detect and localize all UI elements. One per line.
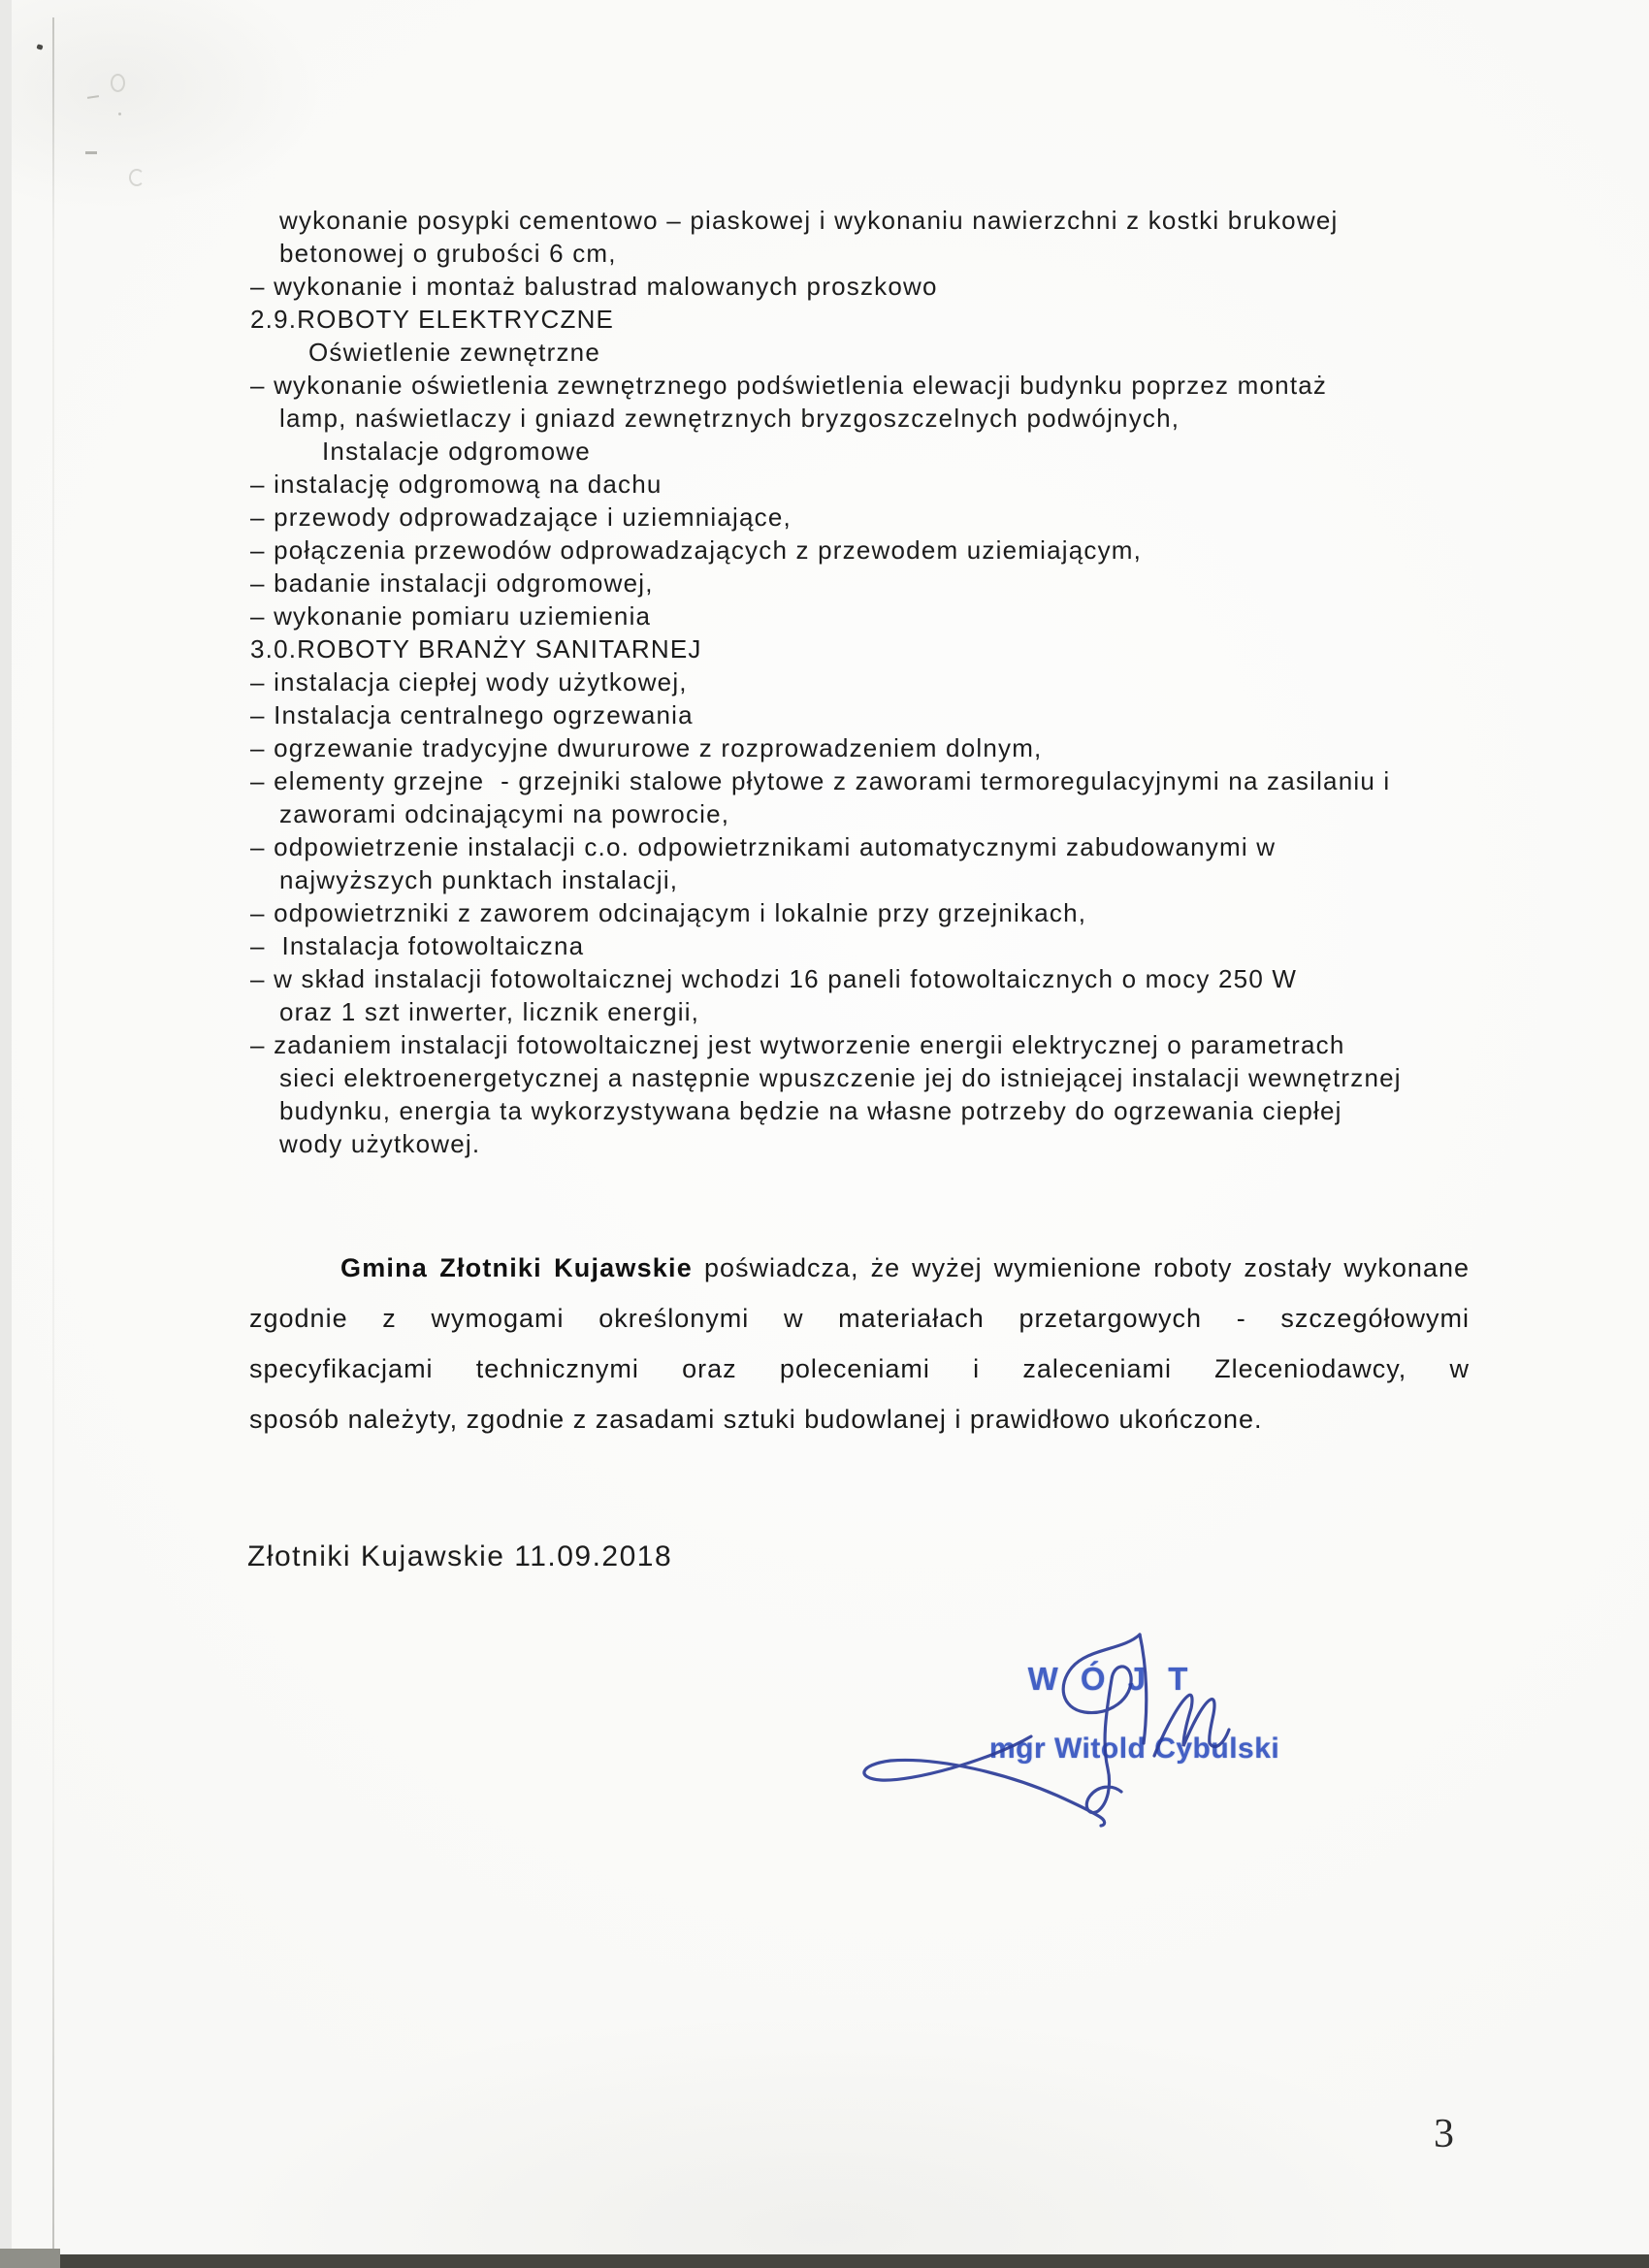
body-line: budynku, energia ta wykorzystywana będzi… — [279, 1094, 1531, 1127]
handwritten-signature — [844, 1625, 1251, 1833]
body-line: – Instalacja centralnego ogrzewania — [250, 698, 1531, 731]
page-number: 3 — [1434, 2111, 1454, 2157]
body-line: – Instalacja fotowoltaiczna — [250, 929, 1531, 962]
body-line: sieci elektroenergetycznej a następnie w… — [279, 1061, 1531, 1094]
body-line: Oświetlenie zewnętrzne — [308, 336, 1531, 369]
scanner-edge-corner — [0, 2249, 60, 2268]
body-line: betonowej o grubości 6 cm, — [279, 237, 1531, 270]
scan-noise-dash — [85, 151, 97, 154]
body-line: – odpowietrzenie instalacji c.o. odpowie… — [250, 830, 1531, 863]
body-line: – elementy grzejne - grzejniki stalowe p… — [250, 764, 1531, 797]
body-line: – zadaniem instalacji fotowoltaicznej je… — [250, 1028, 1531, 1061]
body-line: najwyższych punktach instalacji, — [279, 863, 1531, 896]
body-line: lamp, naświetlaczy i gniazd zewnętrznych… — [279, 402, 1531, 435]
place-and-date: Złotniki Kujawskie 11.09.2018 — [247, 1540, 672, 1573]
statement-line: Gmina Złotniki Kujawskie poświadcza, że … — [249, 1243, 1470, 1293]
statement-line: zgodnie z wymogami określonymi w materia… — [249, 1293, 1470, 1344]
certification-paragraph: Gmina Złotniki Kujawskie poświadcza, że … — [249, 1243, 1470, 1444]
paper-edge-line — [52, 17, 54, 2260]
scan-noise-dash — [87, 95, 99, 99]
scan-noise-mark — [111, 74, 125, 92]
issuer-name: Gmina Złotniki Kujawskie — [340, 1253, 693, 1282]
statement-line: specyfikacjami technicznymi oraz polecen… — [249, 1344, 1470, 1394]
scan-noise-dot — [118, 113, 121, 115]
body-line: – w skład instalacji fotowoltaicznej wch… — [250, 962, 1531, 995]
body-line: – przewody odprowadzające i uziemniające… — [250, 501, 1531, 534]
statement-text: poświadcza, że wyżej wymienione roboty z… — [693, 1253, 1470, 1282]
body-line: – instalację odgromową na dachu — [250, 468, 1531, 501]
body-line: – wykonanie pomiaru uziemienia — [250, 599, 1531, 632]
body-line: zaworami odcinającymi na powrocie, — [279, 797, 1531, 830]
body-line: Instalacje odgromowe — [322, 435, 1531, 468]
body-line: – ogrzewanie tradycyjne dwururowe z rozp… — [250, 731, 1531, 764]
body-line: – wykonanie oświetlenia zewnętrznego pod… — [250, 369, 1531, 402]
body-line: 2.9.ROBOTY ELEKTRYCZNE — [250, 303, 1531, 336]
body-line: – instalacja ciepłej wody użytkowej, — [250, 665, 1531, 698]
scanner-edge-left — [0, 0, 12, 2268]
works-list: wykonanie posypki cementowo – piaskowej … — [250, 204, 1531, 1160]
signature-monogram — [1063, 1635, 1140, 1813]
signature-underline-flourish — [864, 1736, 1105, 1826]
body-line: – połączenia przewodów odprowadzających … — [250, 534, 1531, 567]
body-line: 3.0.ROBOTY BRANŻY SANITARNEJ — [250, 632, 1531, 665]
body-line: wykonanie posypki cementowo – piaskowej … — [279, 204, 1531, 237]
statement-line: sposób należyty, zgodnie z zasadami sztu… — [249, 1394, 1470, 1444]
body-line: oraz 1 szt inwerter, licznik energii, — [279, 995, 1531, 1028]
body-line: – odpowietrzniki z zaworem odcinającym i… — [250, 896, 1531, 929]
body-line: – badanie instalacji odgromowej, — [250, 567, 1531, 599]
scanner-edge-bottom — [60, 2254, 1649, 2268]
body-line: – wykonanie i montaż balustrad malowanyc… — [250, 270, 1531, 303]
scan-noise-mark — [129, 169, 145, 186]
signature-letters — [1140, 1635, 1229, 1756]
body-line: wody użytkowej. — [279, 1127, 1531, 1160]
scan-noise-speck — [36, 44, 43, 50]
